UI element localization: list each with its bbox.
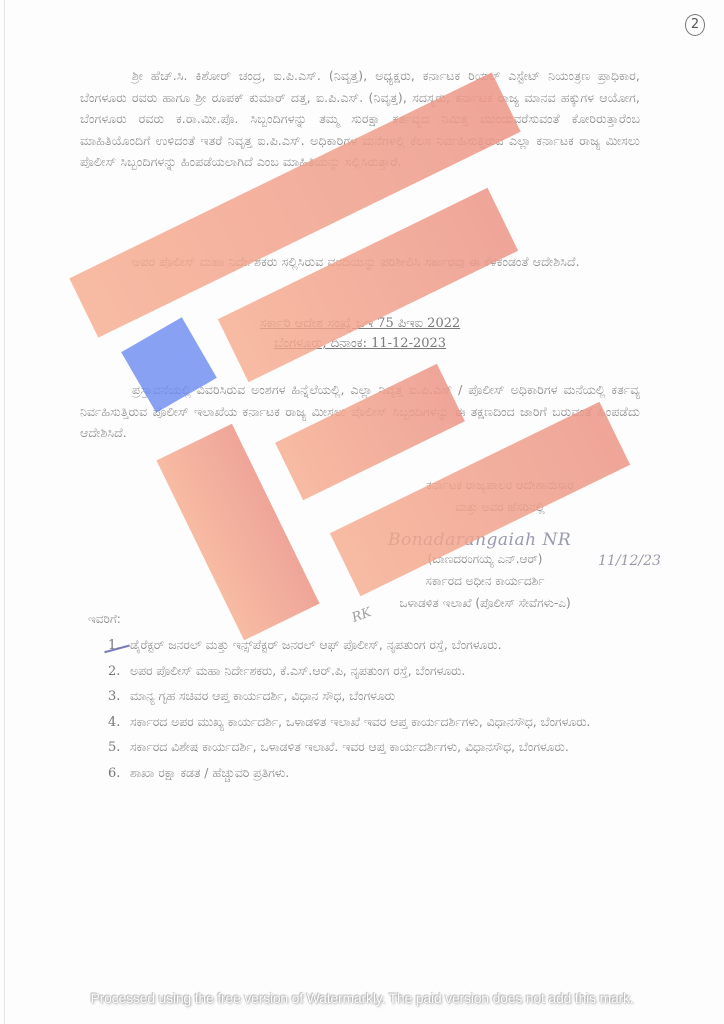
signatory-department: ಒಳಾಡಳಿತ ಇಲಾಖೆ (ಪೊಲೀಸ್ ಸೇವೆಗಳು-ಎ) [345, 592, 625, 614]
list-item: 2. ಅಪರ ಪೊಲೀಸ್ ಮಹಾ ನಿರ್ದೇಶಕರು, ಕೆ.ಎಸ್.ಆರ್… [108, 661, 648, 683]
page-number: 2 [685, 14, 705, 36]
recipients-label: ಇವರಿಗೆ: [88, 612, 121, 627]
list-item: 3. ಮಾನ್ಯ ಗೃಹ ಸಚಿವರ ಆಪ್ತ ಕಾರ್ಯದರ್ಶಿ, ವಿಧಾ… [108, 686, 648, 708]
watermark-text: Processed using the free version of Wate… [0, 990, 724, 1006]
list-item: 6. ಶಾಖಾ ರಕ್ಷಾ ಕಡತ / ಹೆಚ್ಚುವರಿ ಪ್ರತಿಗಳು. [108, 763, 648, 785]
recipients-list: 1. ಡೈರೆಕ್ಟರ್ ಜನರಲ್ ಮತ್ತು ಇನ್ಸ್‌ಪೆಕ್ಟರ್ ಜ… [108, 635, 648, 788]
list-item: 5. ಸರ್ಕಾರದ ವಿಶೇಷ ಕಾರ್ಯದರ್ಶಿ, ಒಳಾಡಳಿತ ಇಲಾ… [108, 737, 648, 759]
list-item: 1. ಡೈರೆಕ್ಟರ್ ಜನರಲ್ ಮತ್ತು ಇನ್ಸ್‌ಪೆಕ್ಟರ್ ಜ… [108, 635, 648, 657]
page-edge [4, 0, 5, 1024]
list-item: 4. ಸರ್ಕಾರದ ಅಪರ ಮುಖ್ಯ ಕಾರ್ಯದರ್ಶಿ, ಒಳಾಡಳಿತ… [108, 712, 648, 734]
document-page: 2 ಶ್ರೀ ಹೆಚ್.ಸಿ. ಕಿಶೋರ್ ಚಂದ್ರ, ಐ.ಪಿ.ಎಸ್. … [0, 0, 724, 1024]
